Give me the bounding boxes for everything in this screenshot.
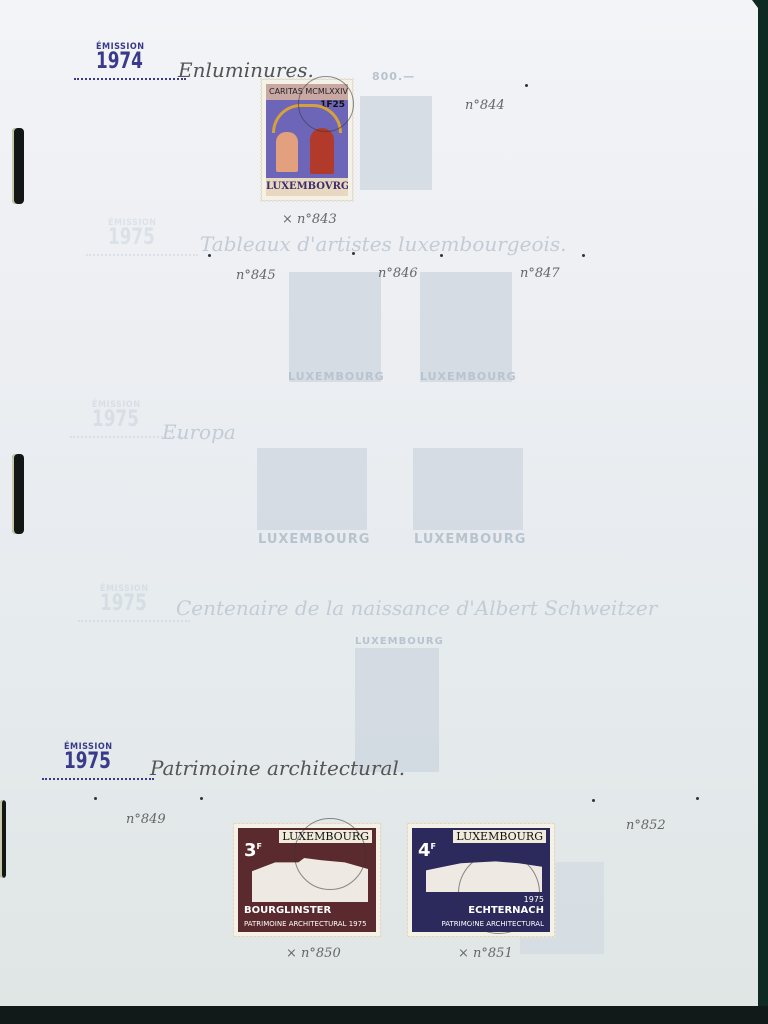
catalog-number: n°844 (465, 98, 505, 113)
postmark (458, 852, 540, 934)
saint-figure (310, 128, 334, 174)
ghost-label: LUXEMBOURG (288, 370, 385, 383)
catalog-number: n°852 (626, 818, 666, 833)
ghost-label: LUXEMBOURG (355, 636, 444, 647)
section-title: Patrimoine architectural. (150, 756, 405, 780)
ghost-label: LUXEMBOURG (420, 370, 517, 383)
catalog-number: × n°850 (286, 946, 341, 961)
ghost-stamp (355, 648, 439, 772)
ghost-title: Europa (162, 420, 236, 444)
ghost-stamp (413, 448, 523, 530)
catalog-number: n°845 (236, 268, 276, 283)
ghost-price: 800.— (372, 70, 415, 83)
binder-hole-icon (12, 128, 24, 204)
ghost-stamp (360, 96, 432, 190)
stamp-850: LUXEMBOURG 3F BOURGLINSTER PATRIMOINE AR… (234, 824, 380, 936)
stamp-851: LUXEMBOURG 4F 1975 ECHTERNACH PATRIMOINE… (408, 824, 554, 936)
catalog-number: n°849 (126, 812, 166, 827)
stamp-843: CARITAS MCMLXXIV 1F25 LUXEMBOVRG (262, 80, 352, 200)
catalog-number: × n°843 (282, 212, 337, 227)
angel-figure (276, 132, 298, 172)
binder-hole-icon (0, 800, 6, 878)
catalog-number: × n°851 (458, 946, 513, 961)
binder-hole-icon (12, 454, 24, 534)
emission-stamp-ghost: ÉMISSION 1975 (100, 584, 155, 614)
ghost-stamp (257, 448, 367, 530)
page-edge-shadow (0, 1006, 768, 1024)
ghost-title: Centenaire de la naissance d'Albert Schw… (176, 596, 657, 620)
ghost-stamp (420, 272, 512, 382)
postmark (294, 818, 366, 890)
ghost-label: LUXEMBOURG (258, 532, 370, 547)
emission-stamp-ghost: ÉMISSION 1975 (108, 218, 163, 248)
emission-stamp-1975: ÉMISSION 1975 (64, 742, 119, 772)
catalog-number: n°846 (378, 266, 418, 281)
ghost-stamp (289, 272, 381, 382)
catalog-number: n°847 (520, 266, 560, 281)
ghost-label: LUXEMBOURG (414, 532, 526, 547)
ghost-title: Tableaux d'artistes luxembourgeois. (200, 232, 567, 256)
section-title: Enluminures. (178, 58, 314, 82)
emission-stamp-ghost: ÉMISSION 1975 (92, 400, 147, 430)
postmark (298, 76, 354, 132)
emission-stamp-1974: ÉMISSION 1974 (96, 42, 151, 72)
